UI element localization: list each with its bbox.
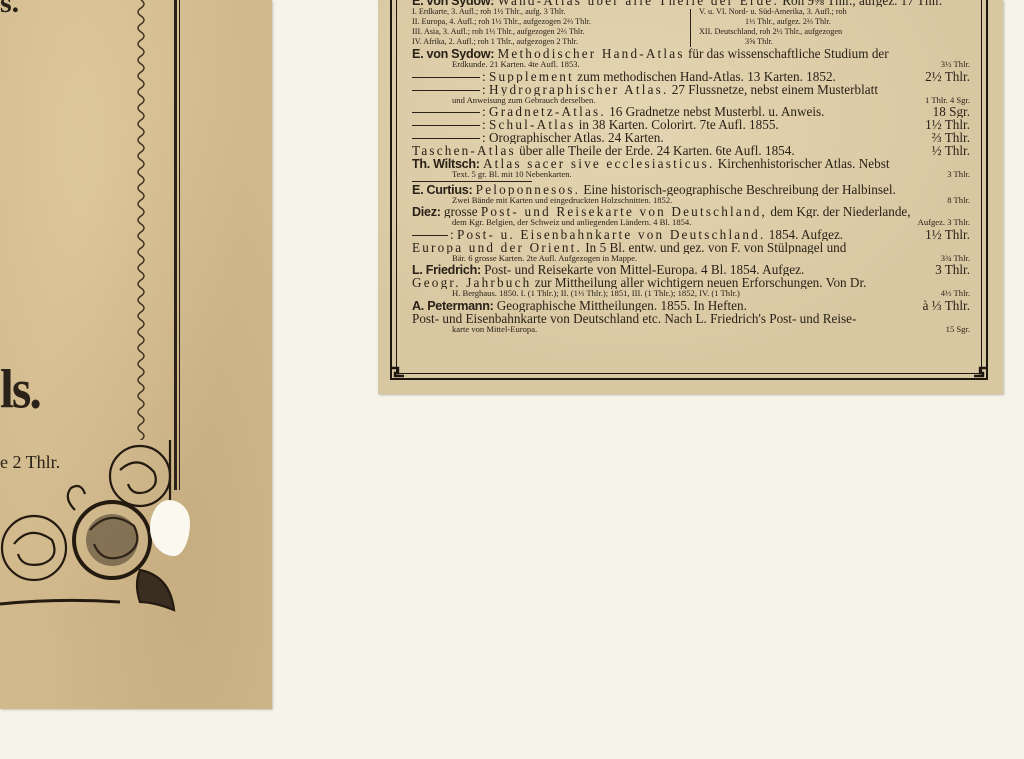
entry-title: Hydrographischer Atlas. (489, 83, 669, 96)
entry-price: Aufgez. 3 Thlr. (918, 218, 970, 228)
entry-text: Geographische Mittheilungen. 1855. In He… (497, 299, 747, 312)
entry-title: Peloponnesos. (476, 183, 580, 196)
ditto-dash (412, 235, 448, 236)
entry-text: Kirchenhistorischer Atlas. Nebst (718, 157, 890, 170)
ditto-dash (412, 125, 480, 126)
entry-title: Atlas sacer sive ecclesiasticus. (483, 157, 715, 170)
entry-price: ½ Thlr. (932, 144, 970, 157)
entry-text: dem Kgr. der Niederlande, (770, 205, 910, 218)
entry-text: 27 Flussnetze, nebst einem Musterblatt (672, 83, 878, 96)
entry-text: Post- und Reisekarte von Mittel-Europa. … (484, 263, 804, 276)
price-list-clipping: E. von Sydow: Wand-Atlas über alle Theil… (378, 0, 1003, 394)
ditto-dash (412, 112, 480, 113)
entry-detail: dem Kgr. Belgien, der Schweiz und anlieg… (412, 218, 970, 228)
entry-price: 4⅓ Thlr. (941, 289, 970, 299)
entry-detail-text: H. Berghaus. 1850. I. (1 Thlr.); II. (1⅓… (452, 289, 740, 298)
entry-detail-text: Erdkunde. 21 Karten. 4te Aufl. 1853. (452, 60, 580, 69)
entry-text: In 5 Bl. entw. und gez. von F. von Stülp… (585, 241, 846, 254)
entry-detail-text: dem Kgr. Belgien, der Schweiz und anlieg… (452, 218, 691, 227)
entry-price: 3 Thlr. (947, 170, 970, 180)
entry-text: Post- und Eisenbahnkarte von Deutschland… (412, 312, 856, 325)
entry: Taschen-Atlas über alle Theile der Erde.… (412, 144, 970, 157)
entry-text: zur Mittheilung aller wichtigern neuen E… (535, 276, 867, 289)
entry: : Orographischer Atlas. 24 Karten. ⅔ Thl… (412, 131, 970, 144)
entry-price: 8 Thlr. (947, 196, 970, 206)
ditto-dash (412, 138, 480, 139)
author-name: E. Curtius: (412, 183, 472, 196)
entry-title: Wand-Atlas über alle Theile der Erde. (497, 0, 778, 7)
left-page-scan: s. ls. e 2 Thlr. (0, 0, 272, 709)
ditto-dash (412, 77, 480, 78)
entry-price: à ⅓ Thlr. (923, 299, 970, 312)
entry-text: 16 Gradnetze nebst Musterbl. u. Anweis. (609, 105, 824, 118)
entry-price: 3 Thlr. (935, 263, 970, 276)
section-divider (412, 181, 532, 182)
entry-price: 3½ Thlr. (941, 60, 970, 70)
entry-title: Gradnetz-Atlas. (489, 105, 606, 118)
entry-text: 1854. Aufgez. (769, 228, 843, 241)
entry: Diez: grosse Post- und Reisekarte von De… (412, 205, 970, 218)
corner-fret-ornament-icon (972, 366, 988, 380)
corner-fret-ornament-icon (390, 366, 406, 380)
author-name: L. Friedrich: (412, 263, 481, 276)
entry: : Schul-Atlas in 38 Karten. Colorirt. 7t… (412, 118, 970, 131)
entry-text: Eine historisch-geographische Beschreibu… (583, 183, 895, 196)
entry: : Hydrographischer Atlas. 27 Flussnetze,… (412, 83, 970, 96)
edition-item: 3⅝ Thlr. (699, 37, 970, 47)
edition-item: V. u. VI. Nord- u. Süd-Amerika, 3. Aufl.… (699, 7, 970, 17)
entry-detail-text: und Anweisung zum Gebrauch derselben. (452, 96, 595, 105)
entry-title: Methodischer Hand-Atlas (497, 47, 684, 60)
entry-price: 1 Thlr. 4 Sgr. (925, 96, 970, 106)
edition-item: 1⅓ Thlr., aufgez. 2⅔ Thlr. (699, 17, 970, 27)
entry-text: Orographischer Atlas. 24 Karten. (489, 131, 664, 144)
paper-tear (150, 500, 190, 556)
entry-detail: H. Berghaus. 1850. I. (1 Thlr.); II. (1⅓… (412, 289, 970, 299)
entry-text: in 38 Karten. Colorirt. 7te Aufl. 1855. (579, 118, 779, 131)
entry-title: Post- u. Eisenbahnkarte von Deutschland. (457, 228, 765, 241)
entry-detail: Erdkunde. 21 Karten. 4te Aufl. 1853. 3½ … (412, 60, 970, 70)
entry: E. von Sydow: Methodischer Hand-Atlas fü… (412, 47, 970, 60)
entry-detail-text: karte von Mittel-Europa. (452, 325, 537, 334)
entry-price: 3¾ Thlr. (941, 254, 970, 264)
entry: Th. Wiltsch: Atlas sacer sive ecclesiast… (412, 157, 970, 170)
edition-item: III. Asia, 3. Aufl.; roh 1⅓ Thlr., aufge… (412, 27, 684, 37)
title-fragment: ls. (0, 357, 40, 421)
entry-detail-text: Zwei Bände mit Karten und eingedruckten … (452, 196, 672, 205)
author-name: Diez: (412, 205, 441, 218)
entry-detail: Bär. 6 grosse Karten. 2te Aufl. Aufgezog… (412, 254, 970, 264)
entry-title: Schul-Atlas (489, 118, 575, 131)
price-list-content: E. von Sydow: Wand-Atlas über alle Theil… (412, 0, 970, 334)
entry: L. Friedrich: Post- und Reisekarte von M… (412, 263, 970, 276)
entry-detail: und Anweisung zum Gebrauch derselben. 1 … (412, 96, 970, 106)
entry: A. Petermann: Geographische Mittheilunge… (412, 299, 970, 312)
entry-header: E. von Sydow: Wand-Atlas über alle Theil… (412, 0, 970, 7)
column-divider (690, 9, 691, 47)
entry-detail: Text. 5 gr. Bl. mit 10 Nebenkarten. 3 Th… (412, 170, 970, 180)
entry-detail: Zwei Bände mit Karten und eingedruckten … (412, 196, 970, 206)
author-name: E. von Sydow: (412, 47, 494, 60)
entry-price: 18 Sgr. (933, 105, 970, 118)
edition-item: IV. Afrika, 2. Aufl.; roh 1 Thlr., aufge… (412, 37, 684, 47)
entry-title: Geogr. Jahrbuch (412, 276, 531, 289)
entry-price: 2½ Thlr. (925, 70, 970, 83)
entry-title: Supplement (489, 70, 574, 83)
edition-item: II. Europa, 4. Aufl.; roh 1½ Thlr., aufg… (412, 17, 684, 27)
author-name: Th. Wiltsch: (412, 157, 480, 170)
entry-price: 15 Sgr. (946, 325, 970, 335)
ditto-dash (412, 90, 480, 91)
entry-text: grosse (444, 205, 478, 218)
entry: Post- und Eisenbahnkarte von Deutschland… (412, 312, 970, 325)
entry-price: 1½ Thlr. (925, 228, 970, 241)
entry-text: zum methodischen Hand-Atlas. 13 Karten. … (577, 70, 836, 83)
entry-text: über alle Theile der Erde. 24 Karten. 6t… (519, 144, 795, 157)
heading-fragment-top: s. (0, 0, 19, 20)
entry: : Supplement zum methodischen Hand-Atlas… (412, 70, 970, 83)
entry-title: Post- und Reisekarte von Deutschland, (481, 205, 767, 218)
entry-detail: karte von Mittel-Europa. 15 Sgr. (412, 325, 970, 335)
entry-text: für das wissenschaftliche Studium der (688, 47, 889, 60)
entry-price: Roh 9⅝ Thlr., aufgez. 17 Thlr. (782, 0, 942, 7)
entry: : Post- u. Eisenbahnkarte von Deutschlan… (412, 228, 970, 241)
author-name: A. Petermann: (412, 299, 493, 312)
entry: Europa und der Orient. In 5 Bl. entw. un… (412, 241, 970, 254)
entry-title: Taschen-Atlas (412, 144, 516, 157)
entry-price: ⅔ Thlr. (932, 131, 970, 144)
entry-detail-text: Bär. 6 grosse Karten. 2te Aufl. Aufgezog… (452, 254, 637, 263)
author-name: E. von Sydow: (412, 0, 494, 7)
entry: E. Curtius: Peloponnesos. Eine historisc… (412, 183, 970, 196)
entry-price: 1½ Thlr. (925, 118, 970, 131)
entry-title: Europa und der Orient. (412, 241, 582, 254)
entry: : Gradnetz-Atlas. 16 Gradnetze nebst Mus… (412, 105, 970, 118)
entry: Geogr. Jahrbuch zur Mittheilung aller wi… (412, 276, 970, 289)
wavy-border-ornament (134, 0, 148, 440)
edition-item: XII. Deutschland, roh 2½ Thlr., aufgezog… (699, 27, 970, 37)
entry-detail-text: Text. 5 gr. Bl. mit 10 Nebenkarten. (452, 170, 572, 179)
double-rule-border (174, 0, 180, 490)
wall-atlas-editions: I. Erdkarte, 3. Aufl.; roh 1½ Thlr., auf… (412, 7, 970, 47)
edition-item: I. Erdkarte, 3. Aufl.; roh 1½ Thlr., auf… (412, 7, 684, 17)
